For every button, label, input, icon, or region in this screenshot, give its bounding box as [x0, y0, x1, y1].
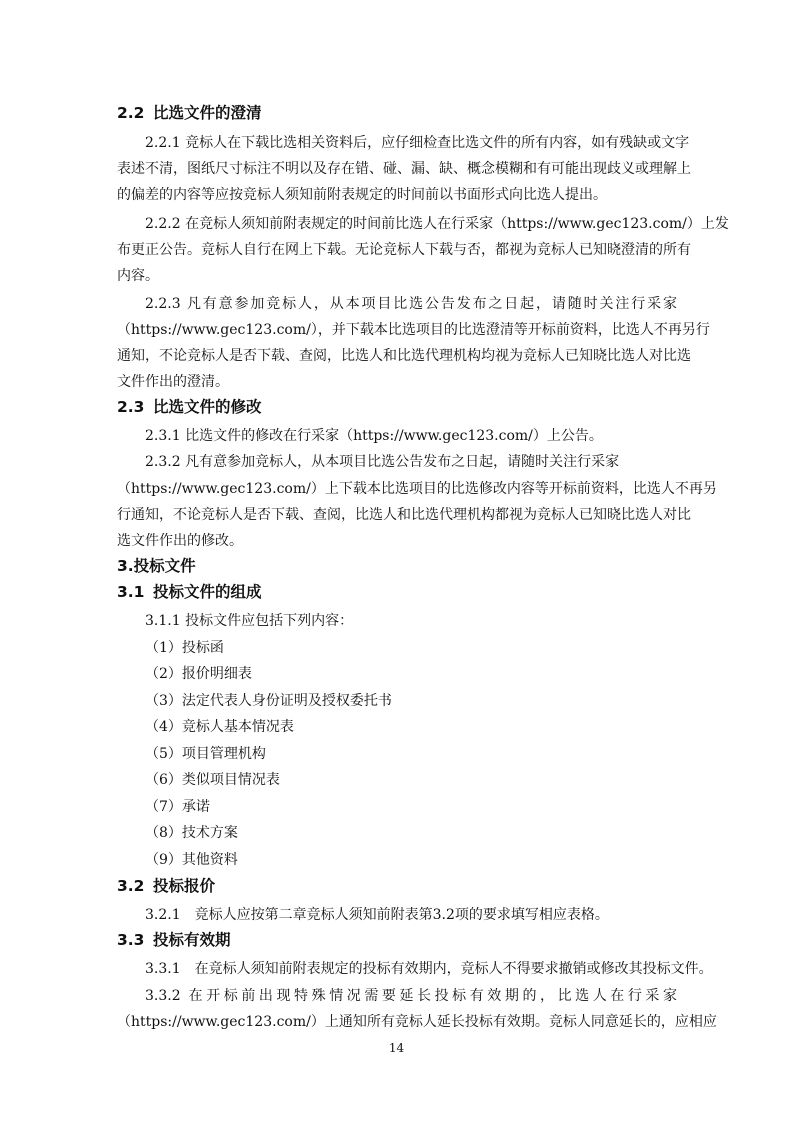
- paragraph-line: 2.3.2 凡有意参加竞标人，从本项目比选公告发布之日起，请随时关注行采家: [145, 453, 705, 471]
- list-item: （5）项目管理机构: [145, 745, 705, 763]
- list-item: （3）法定代表人身份证明及授权委托书: [145, 692, 705, 710]
- heading-title: 比选文件的修改: [153, 398, 262, 416]
- heading-number: 3.2: [117, 877, 153, 895]
- paragraph-line: 2.3.1 比选文件的修改在行采家（https://www.gec123.com…: [145, 427, 705, 445]
- heading-2-2: 2.2比选文件的澄清: [117, 104, 677, 122]
- list-item: （2）报价明细表: [145, 665, 705, 683]
- paragraph-line: 2.2.1 竞标人在下载比选相关资料后，应仔细检查比选文件的所有内容，如有残缺或…: [145, 134, 677, 152]
- document-page: 2.2比选文件的澄清 2.2.1 竞标人在下载比选相关资料后，应仔细检查比选文件…: [0, 0, 793, 1122]
- list-item: （9）其他资料: [145, 851, 705, 869]
- heading-number: 3.1: [117, 583, 153, 601]
- heading-number: 2.2: [117, 104, 153, 122]
- paragraph-line: 的偏差的内容等应按竞标人须知前附表规定的时间前以书面形式向比选人提出。: [117, 186, 677, 204]
- paragraph-line: 文件作出的澄清。: [117, 373, 677, 391]
- paragraph-line: 选文件作出的修改。: [117, 532, 677, 550]
- list-item: （8）技术方案: [145, 824, 705, 842]
- paragraph-line: 3.1.1 投标文件应包括下列内容：: [145, 612, 705, 630]
- heading-number: 2.3: [117, 398, 153, 416]
- list-item: （6）类似项目情况表: [145, 771, 705, 789]
- paragraph-line: （https://www.gec123.com/），并下载本比选项目的比选澄清等…: [117, 321, 677, 339]
- paragraph-line: 3.3.2 在开标前出现特殊情况需要延长投标有效期的，比选人在行采家: [145, 987, 677, 1005]
- heading-2-3: 2.3比选文件的修改: [117, 398, 677, 416]
- heading-title: 投标有效期: [153, 931, 231, 949]
- list-item: （4）竞标人基本情况表: [145, 718, 705, 736]
- paragraph-line: 通知，不论竞标人是否下载、查阅，比选人和比选代理机构均视为竞标人已知晓比选人对比…: [117, 347, 677, 365]
- heading-3-2: 3.2投标报价: [117, 877, 677, 895]
- paragraph-line: 2.2.2 在竞标人须知前附表规定的时间前比选人在行采家（https://www…: [145, 215, 677, 233]
- paragraph-line: 行通知，不论竞标人是否下载、查阅，比选人和比选代理机构都视为竞标人已知晓比选人对…: [117, 506, 677, 524]
- list-item: （7）承诺: [145, 798, 705, 816]
- paragraph-line: 表述不清，图纸尺寸标注不明以及存在错、碰、漏、缺、概念模糊和有可能出现歧义或理解…: [117, 160, 677, 178]
- paragraph-line: 内容。: [117, 267, 677, 285]
- heading-3-3: 3.3投标有效期: [117, 931, 677, 949]
- paragraph-line: （https://www.gec123.com/）上下载本比选项目的比选修改内容…: [117, 480, 677, 498]
- page-number: 14: [0, 1041, 793, 1055]
- paragraph-line: （https://www.gec123.com/）上通知所有竞标人延长投标有效期…: [117, 1013, 677, 1031]
- heading-3: 3.投标文件: [117, 557, 677, 575]
- heading-3-1: 3.1投标文件的组成: [117, 583, 677, 601]
- heading-title: 比选文件的澄清: [153, 104, 262, 122]
- heading-title: 投标报价: [153, 877, 215, 895]
- heading-number: 3.3: [117, 931, 153, 949]
- paragraph-line: 3.3.1 在竞标人须知前附表规定的投标有效期内，竞标人不得要求撤销或修改其投标…: [145, 960, 705, 978]
- paragraph-line: 布更正公告。竞标人自行在网上下载。无论竞标人下载与否，都视为竞标人已知晓澄清的所…: [117, 241, 677, 259]
- paragraph-line: 3.2.1 竞标人应按第二章竞标人须知前附表第3.2项的要求填写相应表格。: [145, 906, 705, 924]
- list-item: （1）投标函: [145, 639, 705, 657]
- paragraph-line: 2.2.3 凡有意参加竞标人，从本项目比选公告发布之日起，请随时关注行采家: [145, 295, 677, 313]
- heading-title: 投标文件的组成: [153, 583, 262, 601]
